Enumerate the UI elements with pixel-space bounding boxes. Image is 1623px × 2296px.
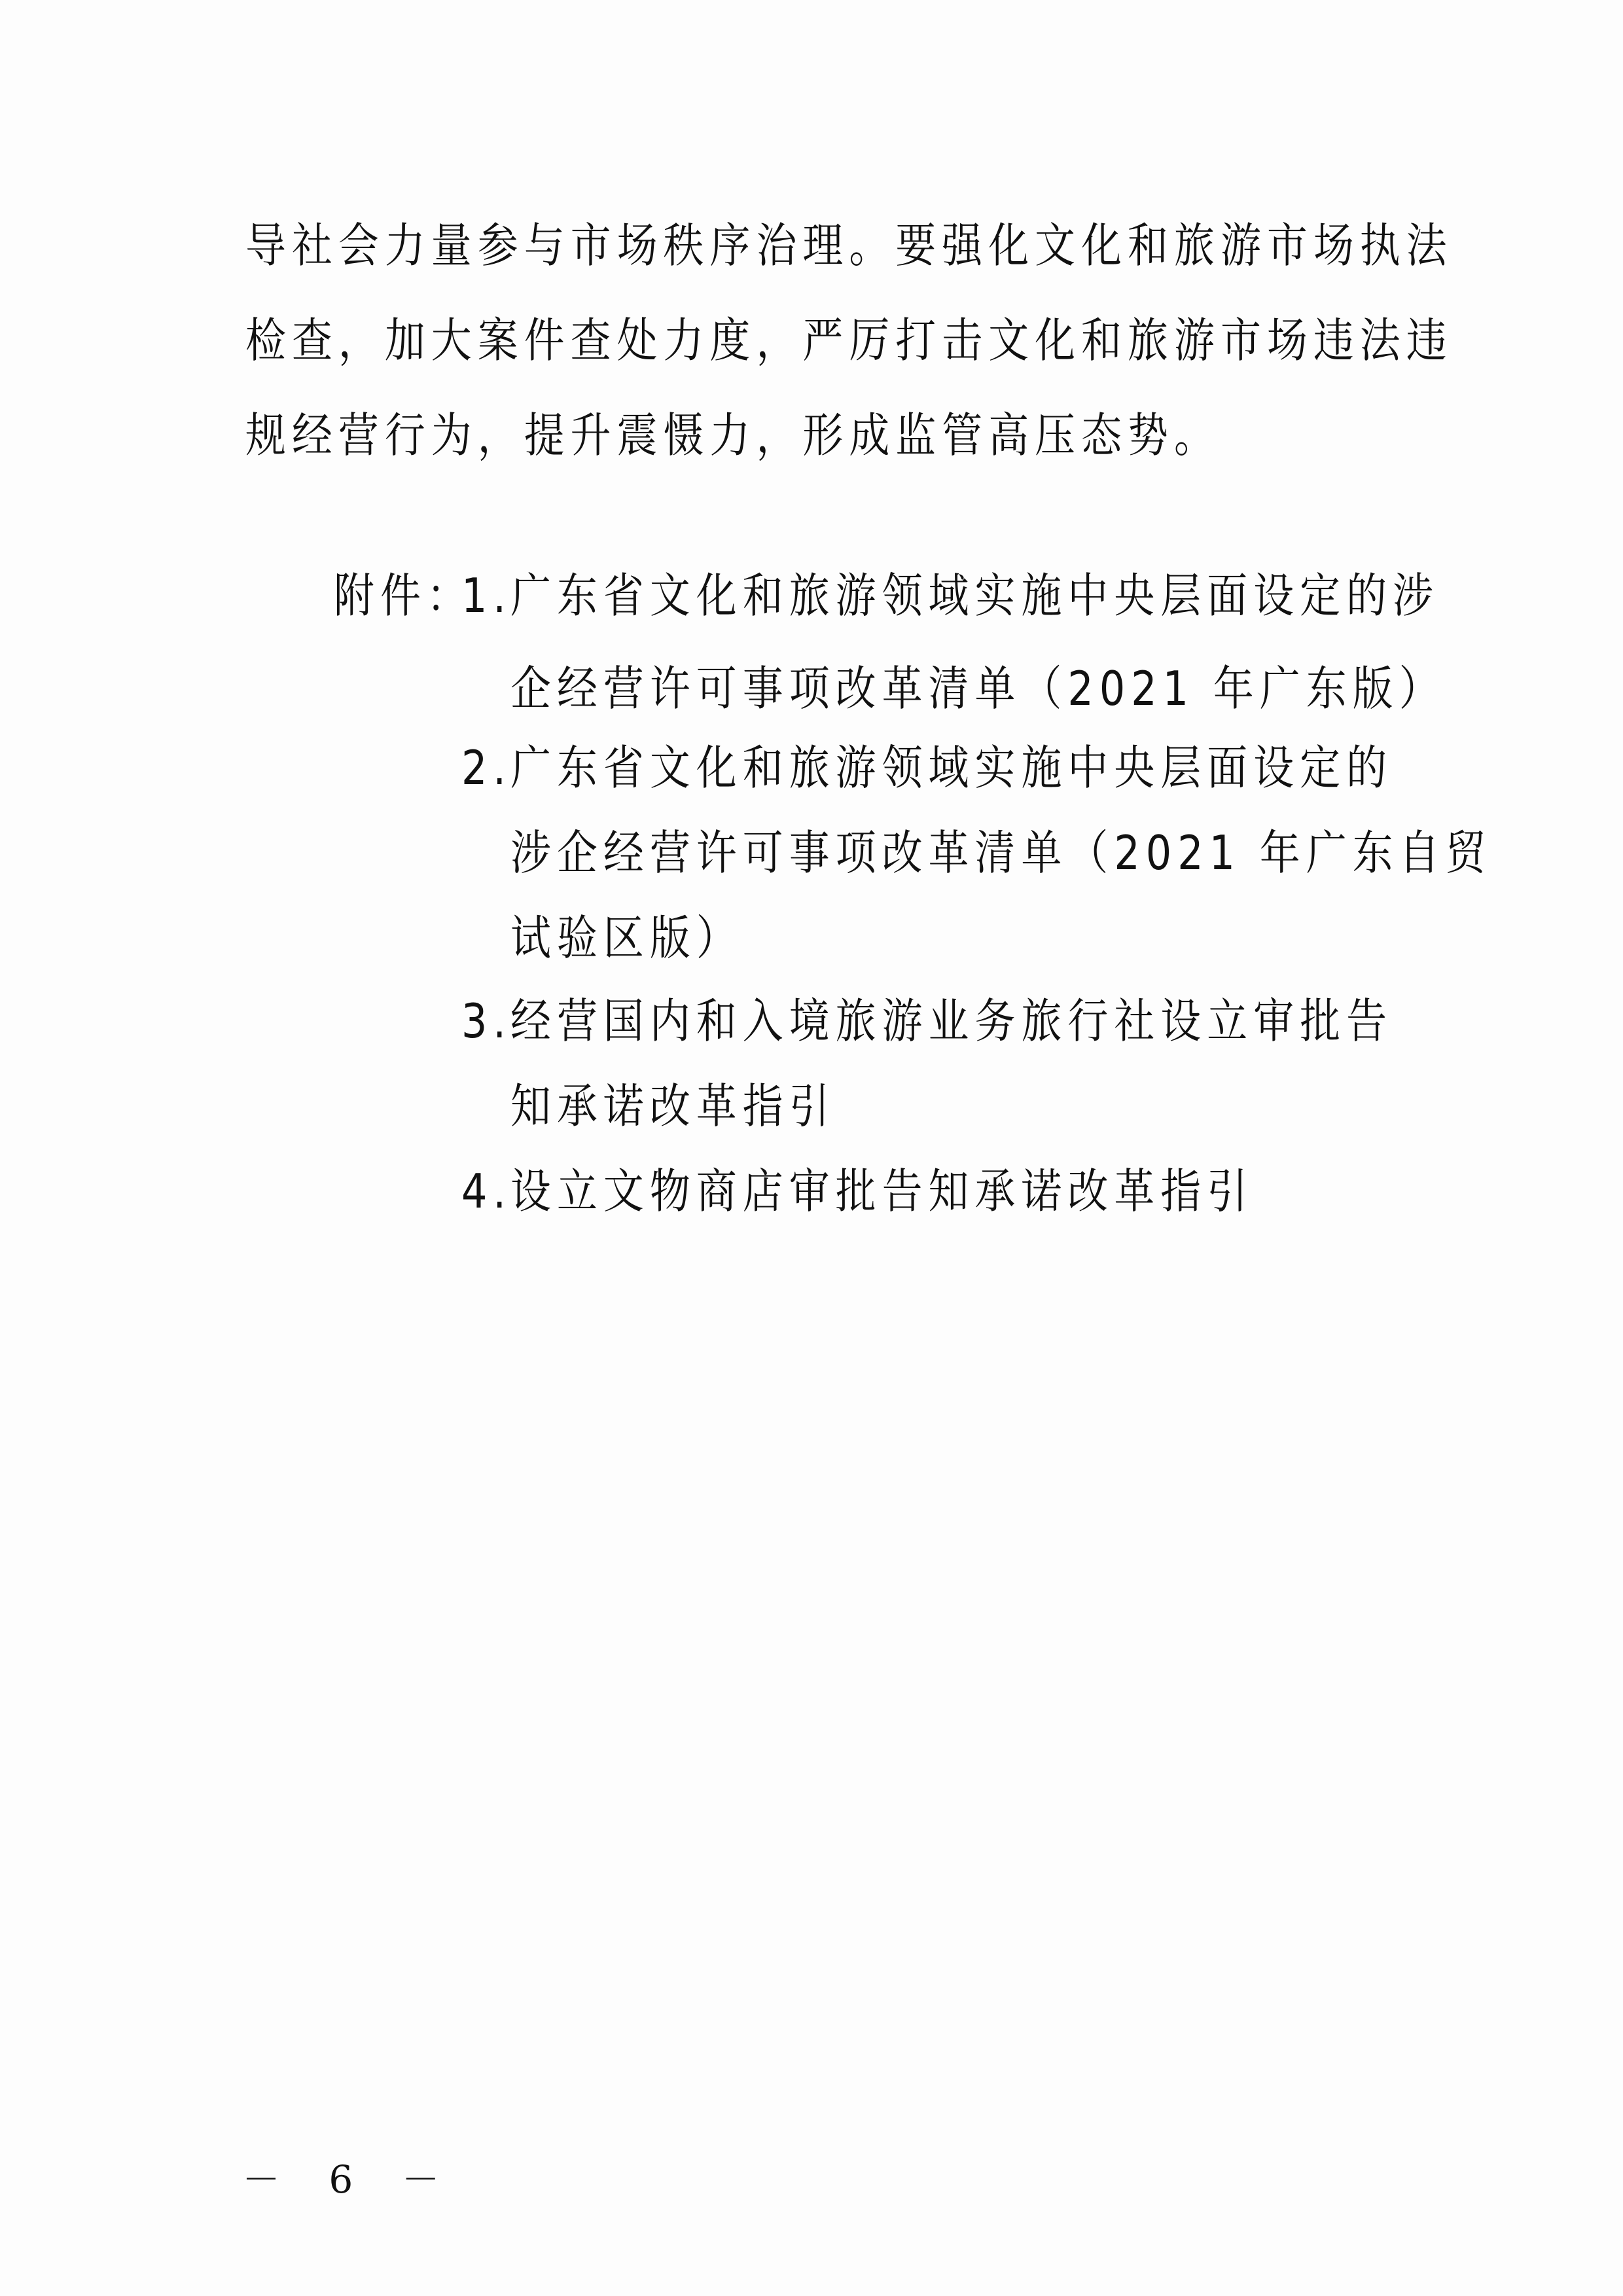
attachment-2-line-2: 涉企经营许可事项改革清单（2021 年广东自贸: [510, 821, 1492, 884]
attachment-2-line-3: 试验区版）: [510, 906, 743, 969]
attachment-4-line-1: 设立文物商店审批告知承诺改革指引: [510, 1160, 1253, 1223]
attachment-4-number: 4.: [461, 1160, 512, 1223]
attachment-3-line-2: 知承诺改革指引: [510, 1075, 836, 1138]
attachment-1-line-2: 企经营许可事项改革清单（2021 年广东版）: [510, 657, 1446, 720]
attachment-3-number: 3.: [461, 990, 512, 1052]
page-number: － 6 －: [242, 2153, 458, 2206]
attachment-1-number: 1.: [461, 564, 512, 627]
document-page: 导社会力量参与市场秩序治理。要强化文化和旅游市场执法 检查，加大案件查处力度，严…: [0, 0, 1623, 2296]
body-text-line-3: 规经营行为，提升震慑力，形成监管高压态势。: [245, 404, 1221, 467]
body-text-line-2: 检查，加大案件查处力度，严厉打击文化和旅游市场违法违: [245, 309, 1453, 372]
attachments-label: 附件：: [334, 564, 473, 627]
body-text-line-1: 导社会力量参与市场秩序治理。要强化文化和旅游市场执法: [245, 214, 1453, 277]
attachment-3-line-1: 经营国内和入境旅游业务旅行社设立审批告: [510, 990, 1393, 1052]
attachment-2-line-1: 广东省文化和旅游领域实施中央层面设定的: [510, 736, 1393, 799]
attachment-1-line-1: 广东省文化和旅游领域实施中央层面设定的涉: [510, 564, 1439, 627]
attachment-2-number: 2.: [461, 736, 512, 799]
